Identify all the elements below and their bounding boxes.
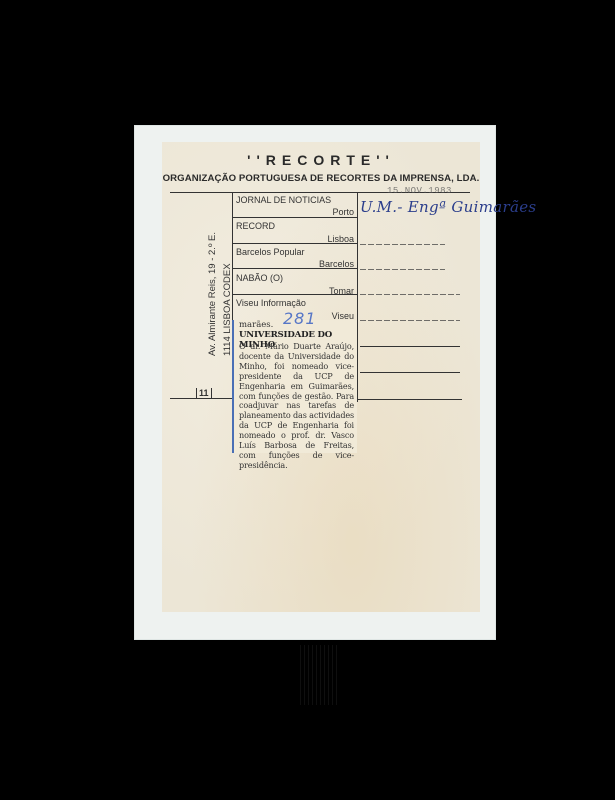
handwritten-number: 281	[283, 309, 317, 328]
company-title: ''RECORTE''	[162, 152, 480, 168]
column-divider-right	[357, 192, 358, 402]
row-divider	[232, 217, 357, 218]
handwritten-note: U.M.- Engª Guimarães	[360, 198, 536, 216]
publication-city: Tomar	[236, 286, 354, 296]
newspaper-clipping: marães. UNIVERSIDADE DO MINHO O dr. Mári…	[232, 320, 357, 453]
entry-line	[360, 346, 460, 347]
publication-name: Viseu Informação	[236, 298, 354, 308]
publication-name: RECORD	[236, 221, 354, 231]
date-stamp: 15.NOV.1983	[387, 186, 452, 196]
clipping-body: O dr. Mário Duarte Araújo, docente da Un…	[239, 342, 354, 471]
publication-name: NABÃO (O)	[236, 273, 354, 283]
publication-city: Barcelos	[236, 259, 354, 269]
publication-city: Lisboa	[236, 234, 354, 244]
entry-line	[360, 372, 460, 373]
entry-line	[360, 294, 460, 295]
company-address: Av. Almirante Reis, 19 - 2.º E. 1114 LIS…	[205, 232, 235, 356]
entry-line	[360, 244, 445, 245]
clipping-previous-fragment: marães.	[239, 320, 273, 330]
box-number: 11	[196, 388, 212, 399]
publication-item: Barcelos Popular Barcelos	[236, 247, 354, 269]
publication-item: JORNAL DE NOTICIAS Porto	[236, 195, 354, 217]
publication-item: NABÃO (O) Tomar	[236, 273, 354, 296]
entry-line	[360, 269, 445, 270]
publication-city: Porto	[236, 207, 354, 217]
entry-line	[352, 399, 462, 400]
publication-item: RECORD Lisboa	[236, 221, 354, 244]
scan-artifact	[300, 645, 340, 705]
publication-name: JORNAL DE NOTICIAS	[236, 195, 354, 205]
entry-line	[360, 320, 460, 321]
publication-name: Barcelos Popular	[236, 247, 354, 257]
company-subtitle: ORGANIZAÇÃO PORTUGUESA DE RECORTES DA IM…	[162, 173, 480, 184]
address-line-1: Av. Almirante Reis, 19 - 2.º E.	[205, 232, 220, 356]
